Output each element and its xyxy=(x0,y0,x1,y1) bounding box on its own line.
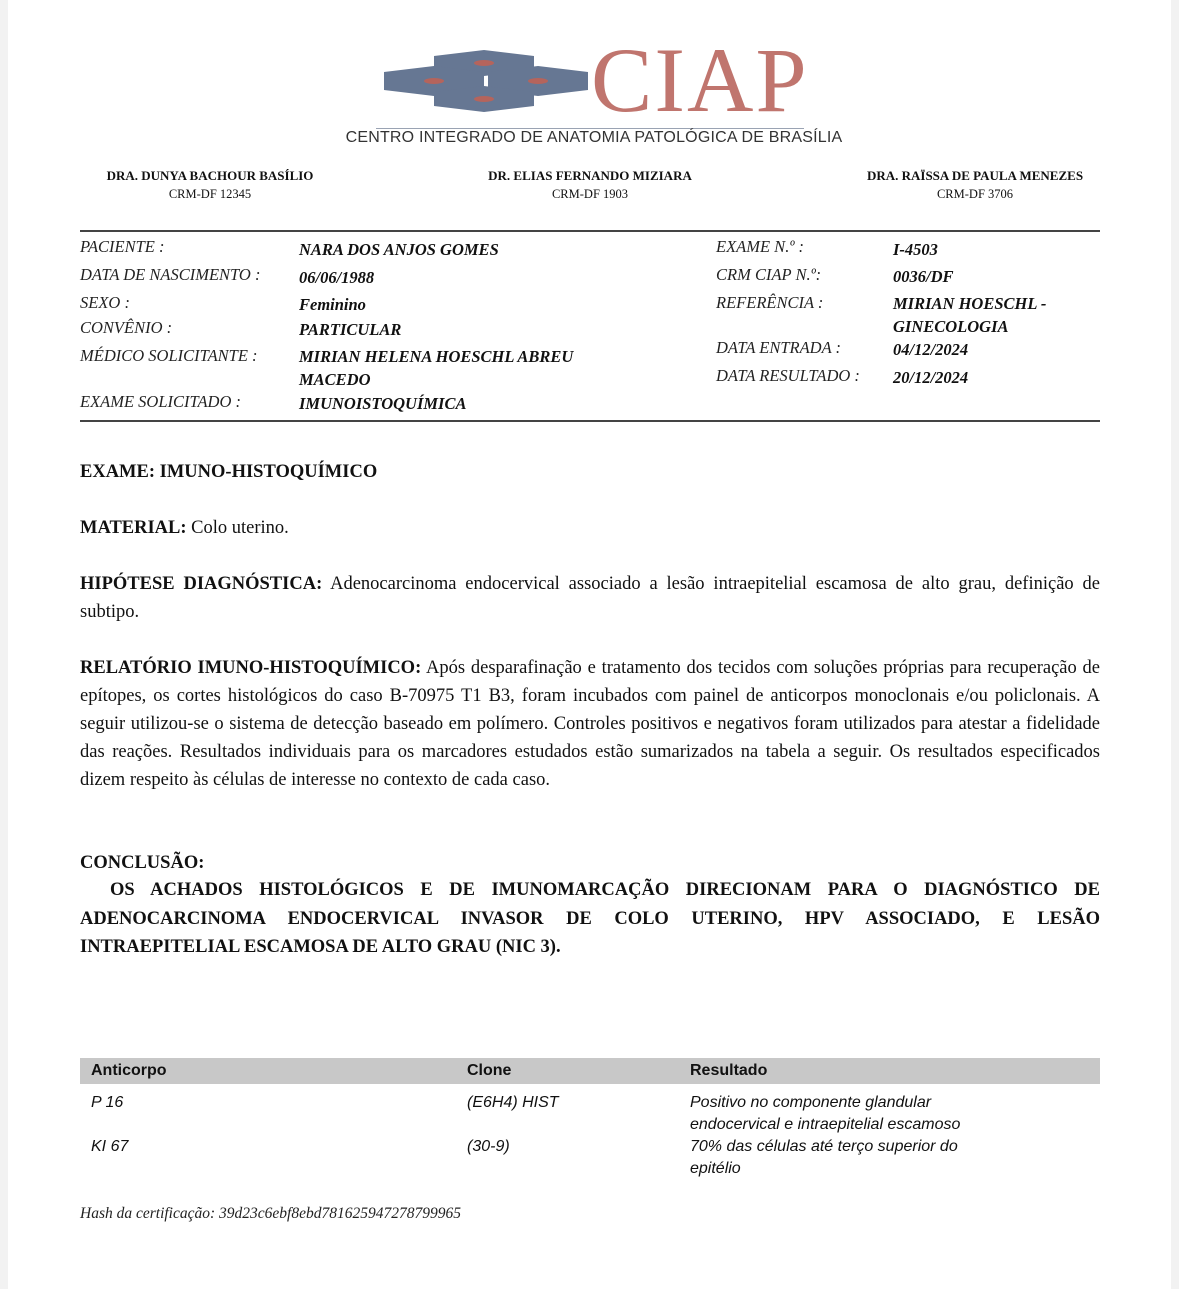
exam-info: EXAME N.º : I-4503 CRM CIAP N.º: 0036/DF… xyxy=(716,237,1106,417)
doctor-crm: CRM-DF 12345 xyxy=(80,187,340,202)
crm-ciap-value: 0036/DF xyxy=(893,265,1093,288)
hipotese-section: HIPÓTESE DIAGNÓSTICA: Adenocarcinoma end… xyxy=(80,570,1100,626)
header-resultado: Resultado xyxy=(690,1062,1010,1080)
hash-value: 39d23c6ebf8ebd781625947278799965 xyxy=(219,1205,461,1222)
exame-num-value: I-4503 xyxy=(893,238,1093,261)
doctor-1: DRA. DUNYA BACHOUR BASÍLIO CRM-DF 12345 xyxy=(80,168,340,202)
paciente-value: NARA DOS ANJOS GOMES xyxy=(299,238,619,261)
cell-anticorpo: KI 67 xyxy=(91,1136,128,1158)
convenio-value: PARTICULAR xyxy=(299,318,619,341)
medico-value: MIRIAN HELENA HOESCHL ABREU MACEDO xyxy=(299,345,619,391)
doctor-name: DRA. DUNYA BACHOUR BASÍLIO xyxy=(80,168,340,184)
divider-top xyxy=(80,230,1100,232)
relatorio-section: RELATÓRIO IMUNO-HISTOQUÍMICO: Após despa… xyxy=(80,654,1100,794)
table-header: Anticorpo Clone Resultado xyxy=(80,1058,1100,1084)
header-clone: Clone xyxy=(467,1062,511,1080)
crm-ciap-label: CRM CIAP N.º: xyxy=(716,265,821,285)
nascimento-value: 06/06/1988 xyxy=(299,266,619,289)
cell-resultado: Positivo no componente glandular endocer… xyxy=(690,1092,1010,1136)
doctor-2: DR. ELIAS FERNANDO MIZIARA CRM-DF 1903 xyxy=(460,168,720,202)
convenio-label: CONVÊNIO : xyxy=(80,318,172,338)
referencia-value: MIRIAN HOESCHL - GINECOLOGIA xyxy=(893,292,1083,338)
relatorio-label: RELATÓRIO IMUNO-HISTOQUÍMICO: xyxy=(80,658,421,678)
data-resultado-value: 20/12/2024 xyxy=(893,366,1093,389)
table-row: P 16 (E6H4) HIST Positivo no componente … xyxy=(80,1092,1100,1136)
hash-label: Hash da certificação: xyxy=(80,1205,219,1222)
material-label: MATERIAL: xyxy=(80,518,187,538)
exame-solicitado-label: EXAME SOLICITADO : xyxy=(80,392,241,412)
results-table: Anticorpo Clone Resultado P 16 (E6H4) HI… xyxy=(80,1058,1100,1180)
divider-bottom xyxy=(80,420,1100,422)
conclusao-text: OS ACHADOS HISTOLÓGICOS E DE IMUNOMARCAÇ… xyxy=(80,876,1100,962)
data-entrada-value: 04/12/2024 xyxy=(893,338,1093,361)
material-value: Colo uterino. xyxy=(187,518,289,538)
conclusao-title: CONCLUSÃO: xyxy=(80,849,1100,877)
sexo-label: SEXO : xyxy=(80,293,130,313)
hipotese-label: HIPÓTESE DIAGNÓSTICA: xyxy=(80,574,322,594)
cell-clone: (E6H4) HIST xyxy=(467,1092,559,1114)
medico-label: MÉDICO SOLICITANTE : xyxy=(80,346,258,366)
patient-info: PACIENTE : NARA DOS ANJOS GOMES DATA DE … xyxy=(80,237,640,417)
header-anticorpo: Anticorpo xyxy=(91,1062,167,1080)
paciente-label: PACIENTE : xyxy=(80,237,165,257)
doctor-crm: CRM-DF 1903 xyxy=(460,187,720,202)
data-entrada-label: DATA ENTRADA : xyxy=(716,338,841,358)
referencia-label: REFERÊNCIA : xyxy=(716,293,823,313)
doctor-crm: CRM-DF 3706 xyxy=(840,187,1110,202)
exame-solicitado-value: IMUNOISTOQUÍMICA xyxy=(299,392,619,415)
material-section: MATERIAL: Colo uterino. xyxy=(80,514,1100,542)
doctors-row: DRA. DUNYA BACHOUR BASÍLIO CRM-DF 12345 … xyxy=(8,168,1171,208)
report-page: CIAP CENTRO INTEGRADO DE ANATOMIA PATOLÓ… xyxy=(8,0,1171,1289)
exam-title: EXAME: IMUNO-HISTOQUÍMICO xyxy=(80,458,1100,486)
cell-clone: (30-9) xyxy=(467,1136,510,1158)
table-row: KI 67 (30-9) 70% das células até terço s… xyxy=(80,1136,1100,1180)
cell-anticorpo: P 16 xyxy=(91,1092,123,1114)
doctor-3: DRA. RAÏSSA DE PAULA MENEZES CRM-DF 3706 xyxy=(840,168,1110,202)
cells-logo-icon xyxy=(384,48,594,114)
nascimento-label: DATA DE NASCIMENTO : xyxy=(80,265,260,285)
sexo-value: Feminino xyxy=(299,293,619,316)
exame-num-label: EXAME N.º : xyxy=(716,237,804,257)
logo-subtitle: CENTRO INTEGRADO DE ANATOMIA PATOLÓGICA … xyxy=(344,129,844,147)
doctor-name: DRA. RAÏSSA DE PAULA MENEZES xyxy=(840,168,1110,184)
certification-hash: Hash da certificação: 39d23c6ebf8ebd7816… xyxy=(80,1205,461,1223)
data-resultado-label: DATA RESULTADO : xyxy=(716,366,860,386)
ciap-logo: CIAP CENTRO INTEGRADO DE ANATOMIA PATOLÓ… xyxy=(376,38,846,153)
logo-wordmark: CIAP xyxy=(591,34,809,126)
doctor-name: DR. ELIAS FERNANDO MIZIARA xyxy=(460,168,720,184)
cell-resultado: 70% das células até terço superior do ep… xyxy=(690,1136,1010,1180)
